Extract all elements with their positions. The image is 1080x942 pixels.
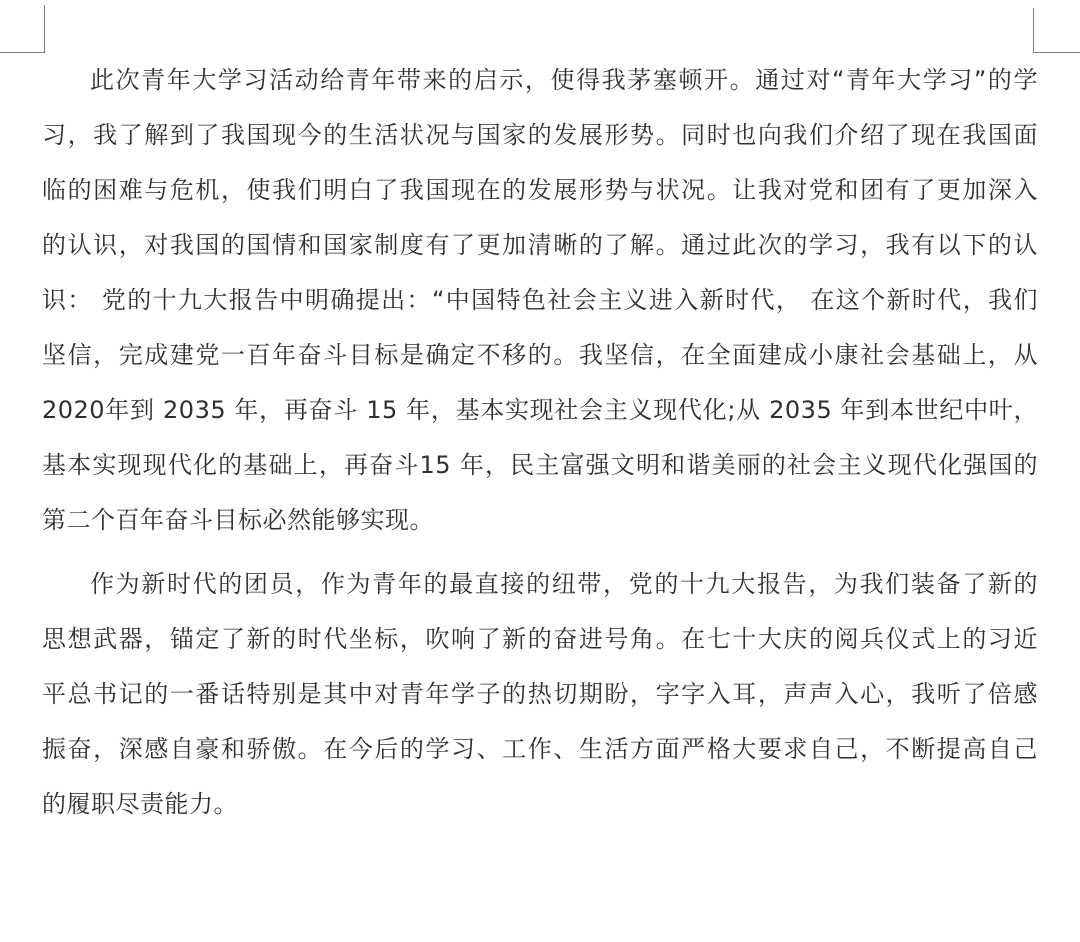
text-line: 作为新时代的团员，作为青年的最直接的纽带，党的十九大报告，为我们装备了新的 <box>42 557 1038 612</box>
text-line: 2020年到 2035 年，再奋斗 15 年，基本实现社会主义现代化;从 203… <box>42 383 1038 438</box>
paragraph-1: 此次青年大学习活动给青年带来的启示，使得我茅塞顿开。通过对“青年大学习”的学 习… <box>42 53 1038 548</box>
document-body: 此次青年大学习活动给青年带来的启示，使得我茅塞顿开。通过对“青年大学习”的学 习… <box>42 53 1038 832</box>
text-line: 基本实现现代化的基础上，再奋斗15 年，民主富强文明和谐美丽的社会主义现代化强国… <box>42 438 1038 493</box>
text-line: 临的困难与危机，使我们明白了我国现在的发展形势与状况。让我对党和团有了更加深入 <box>42 163 1038 218</box>
text-line: 第二个百年奋斗目标必然能够实现。 <box>42 493 1038 548</box>
paragraph-2: 作为新时代的团员，作为青年的最直接的纽带，党的十九大报告，为我们装备了新的 思想… <box>42 557 1038 832</box>
text-line: 坚信，完成建党一百年奋斗目标是确定不移的。我坚信，在全面建成小康社会基础上，从 <box>42 328 1038 383</box>
text-line: 的认识，对我国的国情和国家制度有了更加清晰的了解。通过此次的学习，我有以下的认 <box>42 218 1038 273</box>
text-line: 此次青年大学习活动给青年带来的启示，使得我茅塞顿开。通过对“青年大学习”的学 <box>42 53 1038 108</box>
crop-mark-top-left-icon <box>0 5 45 53</box>
text-line: 振奋，深感自豪和骄傲。在今后的学习、工作、生活方面严格大要求自己，不断提高自己 <box>42 722 1038 777</box>
text-line: 思想武器，锚定了新的时代坐标，吹响了新的奋进号角。在七十大庆的阅兵仪式上的习近 <box>42 612 1038 667</box>
document-page: 此次青年大学习活动给青年带来的启示，使得我茅塞顿开。通过对“青年大学习”的学 习… <box>0 0 1080 942</box>
text-line: 习，我了解到了我国现今的生活状况与国家的发展形势。同时也向我们介绍了现在我国面 <box>42 108 1038 163</box>
crop-mark-top-right-icon <box>1033 8 1080 53</box>
text-line: 平总书记的一番话特别是其中对青年学子的热切期盼，字字入耳，声声入心，我听了倍感 <box>42 667 1038 722</box>
text-line: 识： 党的十九大报告中明确提出：“中国特色社会主义进入新时代， 在这个新时代，我… <box>42 273 1038 328</box>
text-line: 的履职尽责能力。 <box>42 777 1038 832</box>
